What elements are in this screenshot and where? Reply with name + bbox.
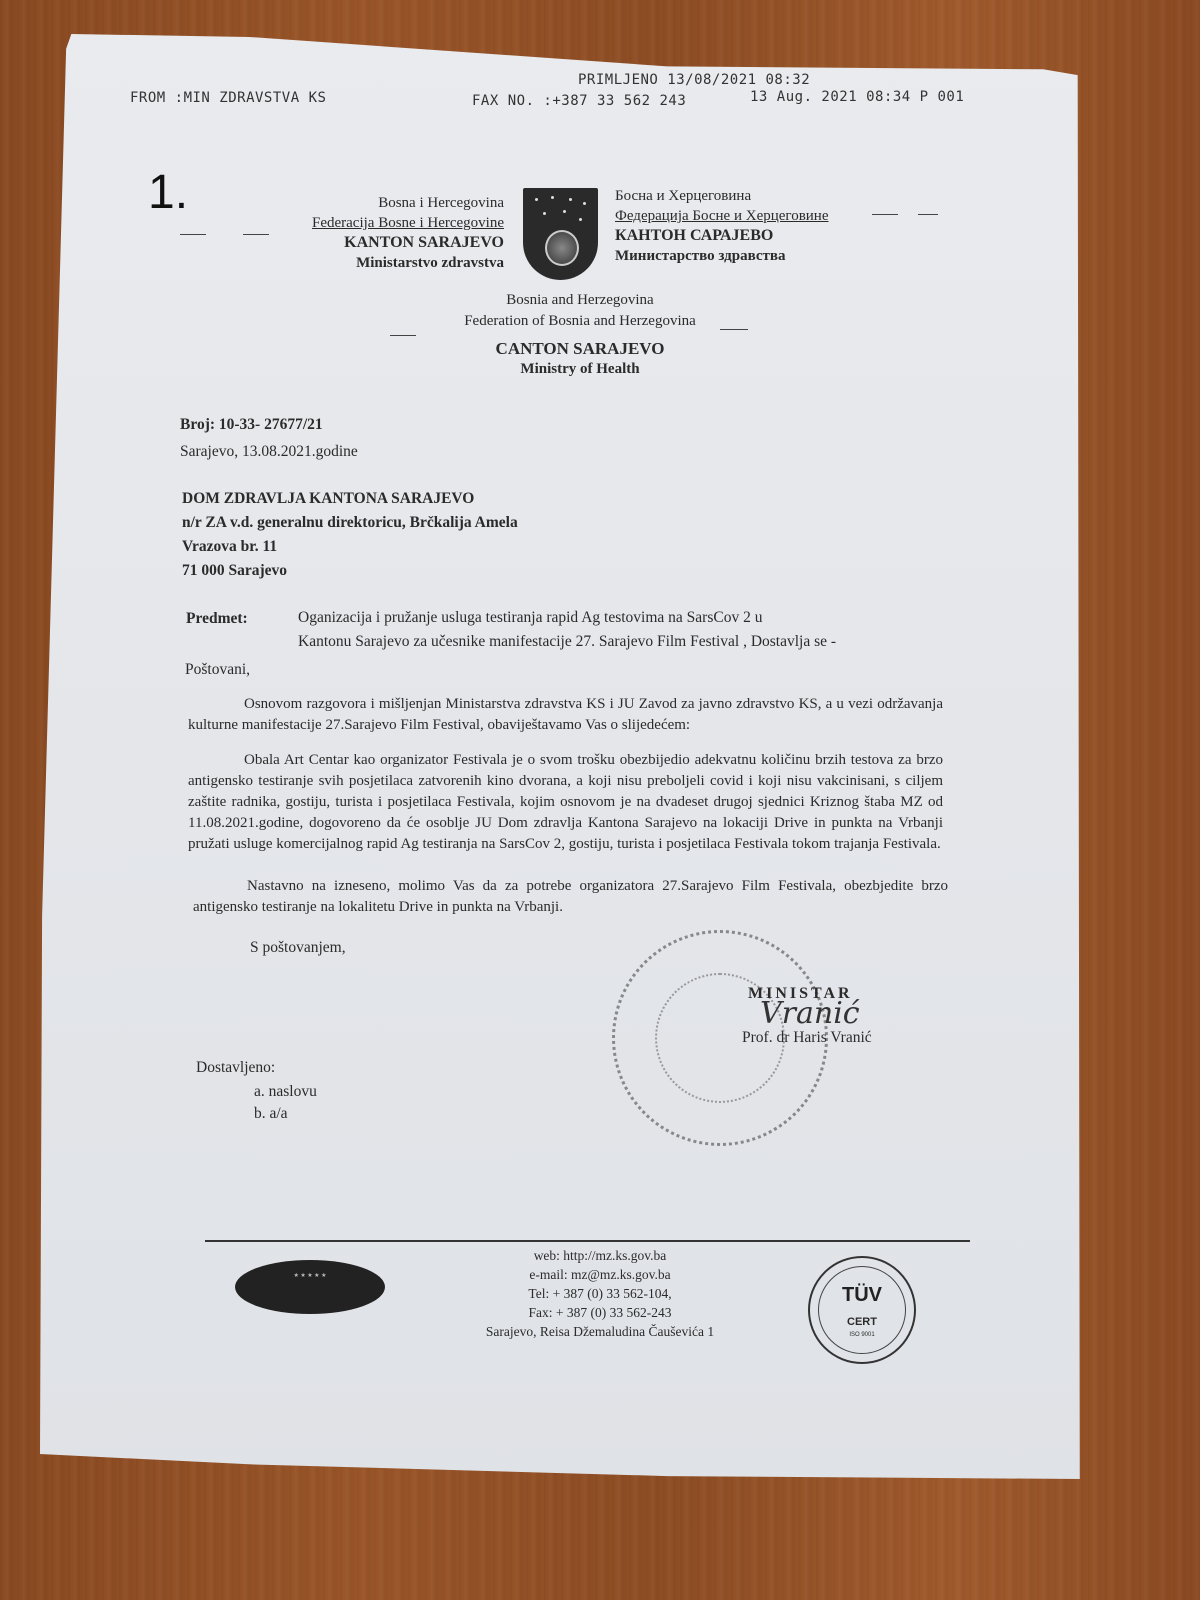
body-paragraph-3: Nastavno na izneseno, molimo Vas da za p… — [193, 876, 948, 918]
footer-contacts: web: http://mz.ks.gov.ba e-mail: mz@mz.k… — [430, 1246, 770, 1341]
letterhead-rule — [243, 234, 269, 235]
tuv-cert-seal-icon: TÜV CERT ISO 9001 — [808, 1256, 916, 1364]
delivered-item-b: b. a/a — [254, 1102, 288, 1126]
reference-number: Broj: 10-33- 27677/21 — [180, 413, 323, 437]
footer-address: Sarajevo, Reisa Džemaludina Čauševića 1 — [430, 1322, 770, 1341]
fax-number: FAX NO. :+387 33 562 243 — [472, 93, 686, 109]
letterhead-rule — [720, 329, 748, 330]
ministry-english: Ministry of Health — [380, 359, 780, 380]
footer-web: web: http://mz.ks.gov.ba — [430, 1246, 770, 1265]
letterhead-rule — [390, 335, 416, 336]
letterhead-cyrillic: Босна и Херцеговина Федерација Босне и Х… — [615, 186, 895, 266]
footer-email: e-mail: mz@mz.ks.gov.ba — [430, 1265, 770, 1284]
letterhead-english: Bosnia and Herzegovina Federation of Bos… — [380, 290, 780, 380]
subject-label: Predmet: — [186, 607, 248, 631]
fax-timestamp: 13 Aug. 2021 08:34 P 001 — [750, 89, 964, 105]
footer-tel: Tel: + 387 (0) 33 562-104, — [430, 1284, 770, 1303]
footer-fax: Fax: + 387 (0) 33 562-243 — [430, 1303, 770, 1322]
closing: S poštovanjem, — [250, 936, 346, 960]
country-cyrillic: Босна и Херцеговина — [615, 186, 895, 206]
canton-latin: KANTON SARAJEVO — [244, 233, 504, 253]
place-date: Sarajevo, 13.08.2021.godine — [180, 440, 358, 464]
tuv-iso-label: ISO 9001 — [810, 1332, 914, 1338]
ministry-cyrillic: Министарство здравства — [615, 246, 895, 266]
page-marker: 1. — [148, 165, 188, 220]
footer-divider — [205, 1240, 970, 1242]
coat-of-arms-icon — [523, 188, 598, 280]
federation-latin: Federacija Bosne i Hercegovine — [244, 213, 504, 233]
body-paragraph-2: Obala Art Centar kao organizator Festiva… — [188, 750, 943, 855]
recipient-street: Vrazova br. 11 — [182, 535, 518, 559]
country-english: Bosnia and Herzegovina — [380, 290, 780, 311]
tuv-cert-label: CERT — [810, 1316, 914, 1328]
federation-cyrillic: Федерација Босне и Херцеговине — [615, 206, 895, 226]
delivered-item-a: a. naslovu — [254, 1080, 317, 1104]
letterhead-latin: Bosna i Hercegovina Federacija Bosne i H… — [244, 193, 504, 273]
ministry-latin: Ministarstvo zdravstva — [244, 253, 504, 273]
quality-award-seal-icon: ★ ★ ★ ★ ★ — [235, 1260, 385, 1314]
canton-english: CANTON SARAJEVO — [380, 338, 780, 359]
tuv-mark: TÜV — [810, 1284, 914, 1307]
recipient-block: DOM ZDRAVLJA KANTONA SARAJEVO n/r ZA v.d… — [182, 487, 518, 583]
recipient-attention: n/r ZA v.d. generalnu direktoricu, Brčka… — [182, 511, 518, 535]
letterhead-rule — [180, 234, 206, 235]
country-latin: Bosna i Hercegovina — [244, 193, 504, 213]
body-paragraph-1: Osnovom razgovora i mišljenjan Ministars… — [188, 694, 943, 736]
subject-line-2: Kantonu Sarajevo za učesnike manifestaci… — [298, 630, 836, 654]
recipient-institution: DOM ZDRAVLJA KANTONA SARAJEVO — [182, 487, 518, 511]
salutation: Poštovani, — [185, 658, 250, 682]
fax-from: FROM :MIN ZDRAVSTVA KS — [130, 90, 326, 106]
letterhead-rule — [918, 214, 938, 215]
subject-line-1: Oganizacija i pružanje usluga testiranja… — [298, 606, 762, 630]
letterhead-rule — [872, 214, 898, 215]
signatory-name: Prof. dr Haris Vranić — [742, 1026, 872, 1050]
delivered-label: Dostavljeno: — [196, 1056, 275, 1080]
recipient-city: 71 000 Sarajevo — [182, 559, 518, 583]
fax-received-stamp: PRIMLJENO 13/08/2021 08:32 — [578, 72, 810, 88]
canton-cyrillic: КАНТОН САРАЈЕВО — [615, 226, 895, 246]
